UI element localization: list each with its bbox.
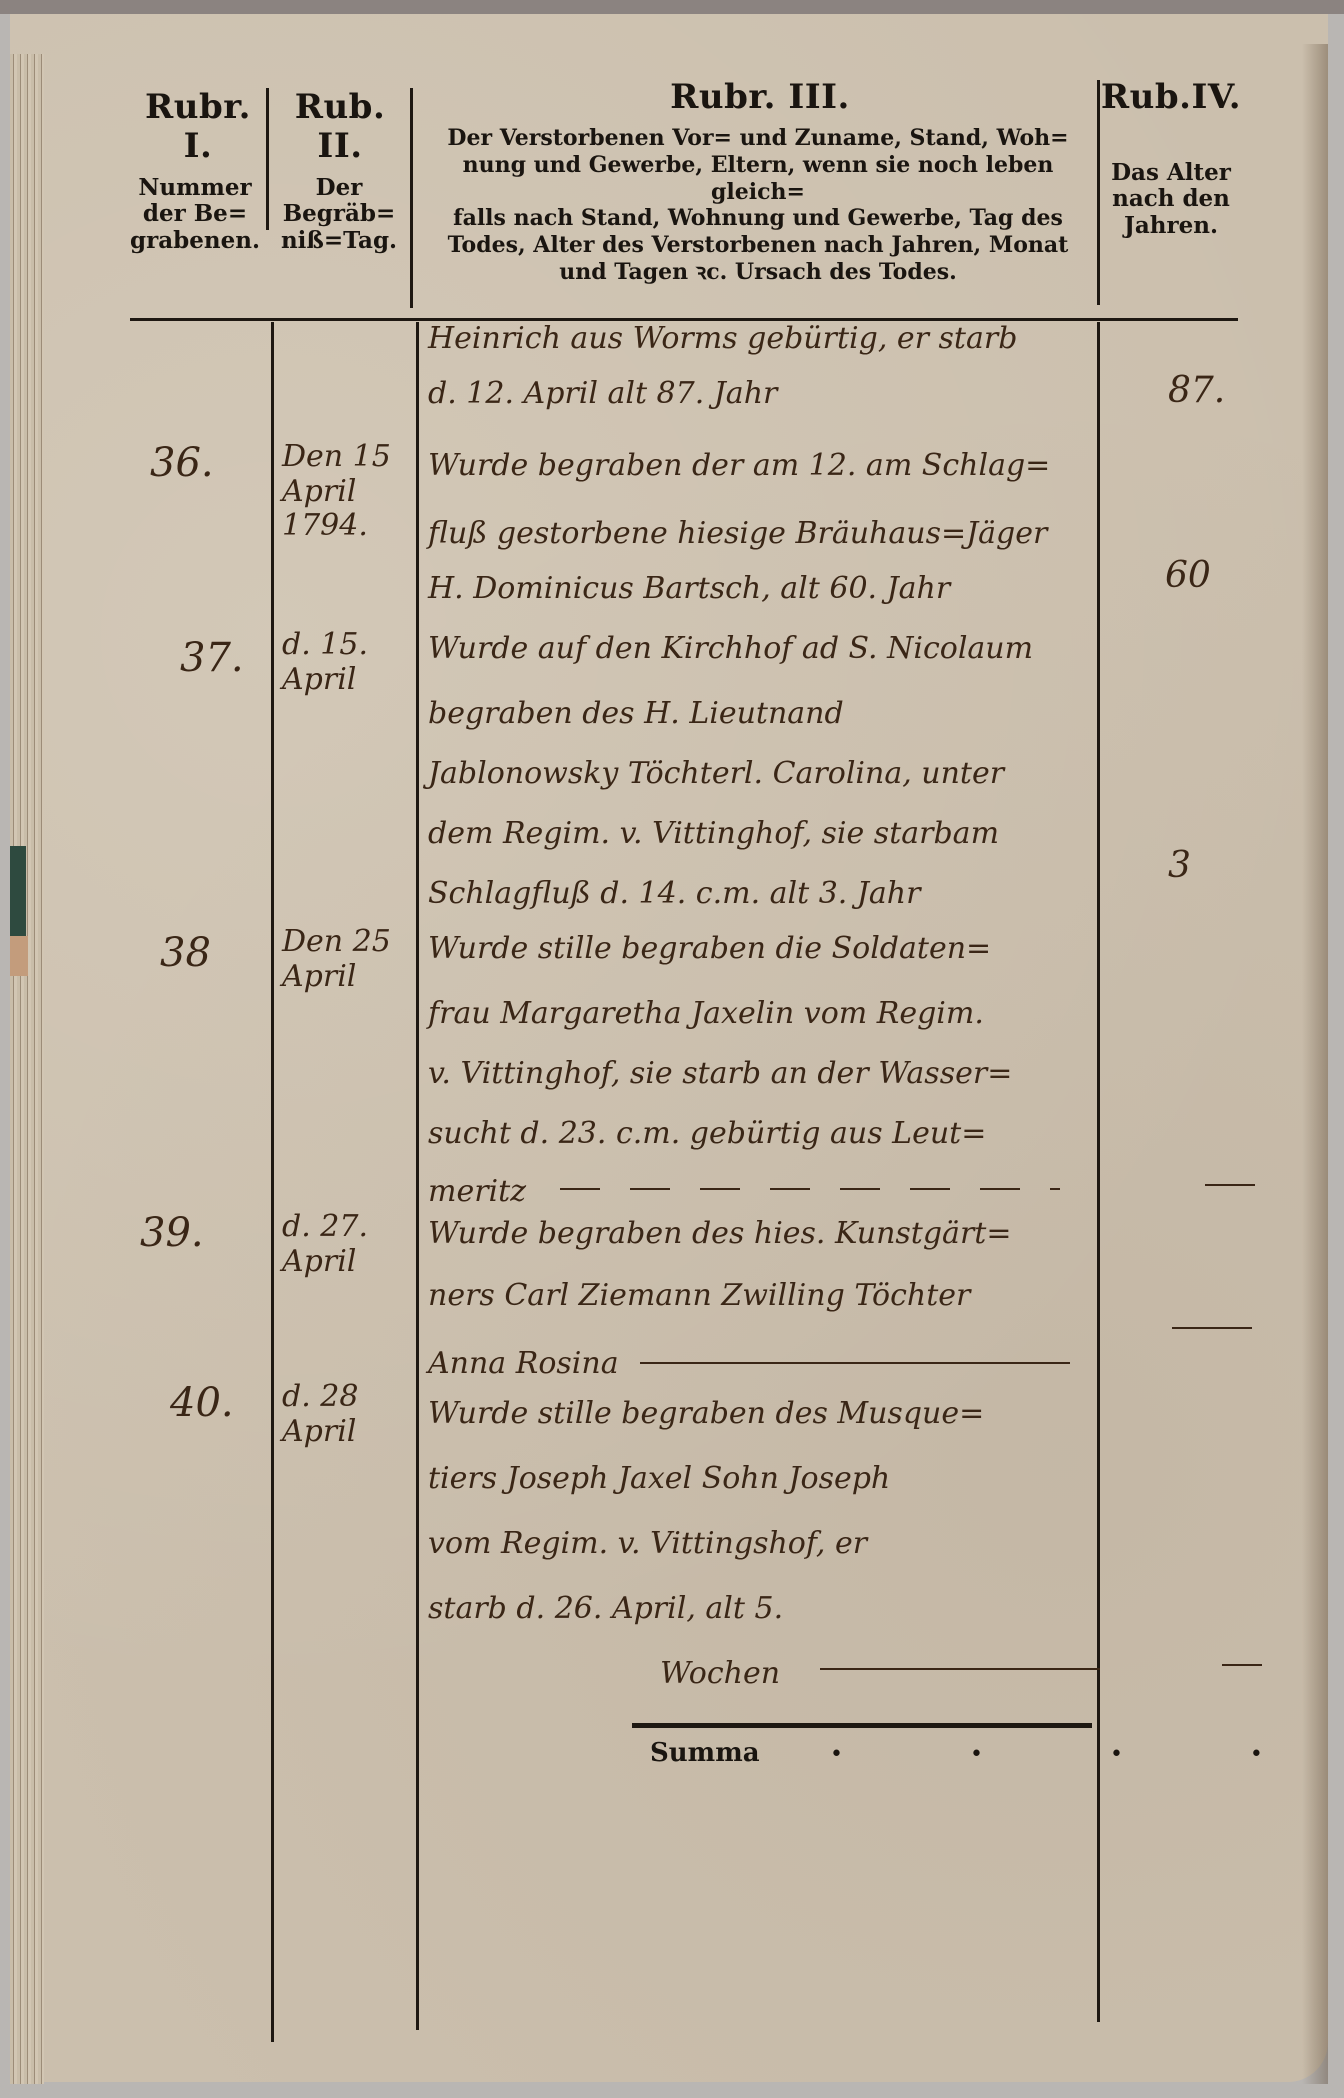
date-line: April — [282, 475, 391, 510]
heading-line: Der — [268, 175, 410, 201]
header-divider — [1097, 80, 1100, 305]
entry-text-line: Wurde auf den Kirchhof ad S. Nicolaum — [428, 615, 1033, 683]
entry-text-line: Wurde begraben der am 12. am Schlag= — [428, 432, 1050, 500]
date-line: Den 15 — [282, 440, 391, 475]
entry-text-line: Wurde begraben des hies. Kunstgärt= — [428, 1200, 1011, 1268]
date-line: 1794. — [282, 509, 391, 544]
date-line: d. 27. — [282, 1210, 368, 1245]
age-value: 87. — [1168, 370, 1225, 411]
date-line: Den 25 — [282, 925, 391, 960]
column-heading-1: Nummer der Be= grabenen. — [120, 175, 270, 254]
page-stack-edge — [10, 54, 44, 2084]
entry-number: 40. — [170, 1380, 234, 1426]
date-line: April — [282, 663, 368, 698]
date-line: April — [282, 960, 391, 995]
heading-line: falls nach Stand, Wohnung und Gewerbe, T… — [412, 205, 1104, 232]
age-dash — [1172, 1327, 1252, 1329]
entry-text-line: v. Vittinghof, sie starb an der Wasser= — [428, 1040, 1012, 1108]
entry-number: 37. — [180, 635, 244, 681]
heading-line: Todes, Alter des Verstorbenen nach Jahre… — [412, 232, 1104, 259]
summa-label: Summa — [650, 1738, 760, 1768]
entry-text-line: ners Carl Ziemann Zwilling Töchter — [428, 1262, 970, 1330]
entry-number: 38 — [160, 930, 211, 976]
age-value: 60 — [1165, 555, 1211, 596]
fill-dash — [560, 1188, 1060, 1190]
entry-text-line: tiers Joseph Jaxel Sohn Joseph — [428, 1445, 890, 1513]
bookmark-ribbon — [10, 846, 26, 936]
column-rubric-2: Rub. II. — [270, 88, 410, 166]
entry-text-line: dem Regim. v. Vittinghof, sie starbam — [428, 800, 999, 868]
column-rule-2 — [416, 322, 419, 2030]
entry-date: d. 15. April — [282, 628, 368, 697]
heading-line: Das Alter — [1100, 160, 1242, 186]
entry-number: 36. — [150, 440, 214, 486]
heading-line: Nummer — [120, 175, 270, 201]
entry-text-line: Wochen — [660, 1640, 780, 1708]
column-rubric-1: Rubr. I. — [128, 88, 268, 166]
column-heading-4: Das Alter nach den Jahren. — [1100, 160, 1242, 239]
heading-line: der Be= — [120, 201, 270, 227]
bookmark-tab — [10, 936, 28, 976]
entry-date: d. 27. April — [282, 1210, 368, 1279]
heading-line: nung und Gewerbe, Eltern, wenn sie noch … — [412, 152, 1104, 206]
heading-line: und Tagen ꝛc. Ursach des Todes. — [412, 259, 1104, 286]
heading-line: Der Verstorbenen Vor= und Zuname, Stand,… — [412, 125, 1104, 152]
header-divider — [410, 88, 413, 308]
heading-line: niß=Tag. — [268, 228, 410, 254]
entry-text-line: H. Dominicus Bartsch, alt 60. Jahr — [428, 555, 950, 623]
column-rule-1 — [271, 322, 274, 2042]
entry-text-line: begraben des H. Lieutnand — [428, 680, 844, 748]
entry-text-line: starb d. 26. April, alt 5. — [428, 1575, 783, 1643]
column-rubric-3: Rubr. III. — [420, 78, 1100, 117]
fill-dash — [640, 1362, 1070, 1364]
date-line: April — [282, 1245, 368, 1280]
age-dash — [1222, 1664, 1262, 1666]
entry-date: Den 25 April — [282, 925, 391, 994]
entry-text-line: vom Regim. v. Vittingshof, er — [428, 1510, 867, 1578]
date-line: d. 28 — [282, 1380, 358, 1415]
entry-text-line: frau Margaretha Jaxelin vom Regim. — [428, 980, 984, 1048]
entry-date: Den 15 April 1794. — [282, 440, 391, 544]
heading-line: nach den — [1100, 186, 1242, 212]
date-line: d. 15. — [282, 628, 368, 663]
column-rule-3 — [1097, 322, 1100, 2022]
column-heading-3: Der Verstorbenen Vor= und Zuname, Stand,… — [412, 125, 1104, 286]
age-dash — [1205, 1184, 1255, 1186]
entry-text-line: Wurde stille begraben die Soldaten= — [428, 915, 991, 983]
entry-number: 39. — [140, 1210, 204, 1256]
heading-line: Begräb= — [268, 201, 410, 227]
fill-dash — [820, 1668, 1100, 1670]
summa-dots: • • • • — [830, 1742, 1323, 1767]
summa-rule — [632, 1723, 1092, 1728]
entry-text-line: Jablonowsky Töchterl. Carolina, unter — [428, 740, 1004, 808]
column-rubric-4: Rub.IV. — [1100, 78, 1242, 117]
page-curl-shadow — [1302, 44, 1328, 2084]
background-edge — [0, 0, 1344, 14]
entry-text-line: Wurde stille begraben des Musque= — [428, 1380, 984, 1448]
entry-date: d. 28 April — [282, 1380, 358, 1449]
date-line: April — [282, 1415, 358, 1450]
age-value: 3 — [1168, 845, 1191, 886]
continuation-line: d. 12. April alt 87. Jahr — [428, 360, 777, 428]
heading-line: grabenen. — [120, 228, 270, 254]
header-divider — [266, 88, 269, 230]
column-heading-2: Der Begräb= niß=Tag. — [268, 175, 410, 254]
heading-line: Jahren. — [1100, 213, 1242, 239]
